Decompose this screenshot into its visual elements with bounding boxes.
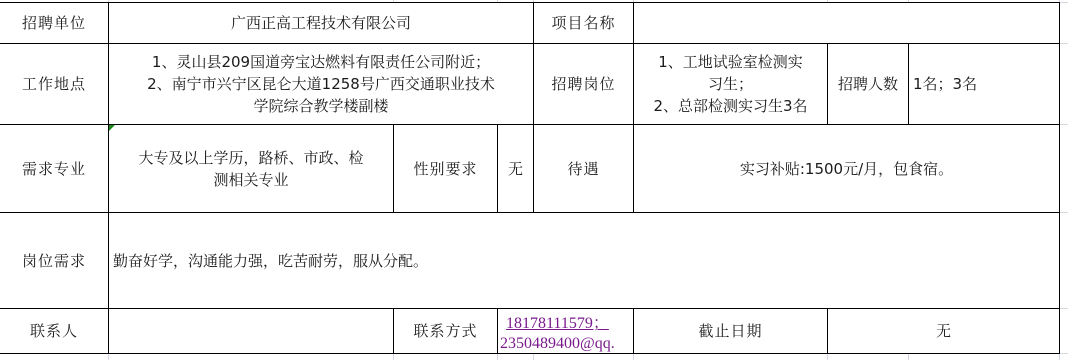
job-requirements-label[interactable]: 岗位需求 (0, 212, 109, 309)
deadline-label[interactable]: 截止日期 (633, 308, 828, 354)
work-location-line-3: 学院综合教学楼副楼 (253, 95, 388, 117)
benefits-label[interactable]: 待遇 (533, 124, 634, 213)
work-location-line-2: 2、南宁市兴宁区昆仑大道1258号广西交通职业技术 (147, 73, 495, 95)
recruiting-unit-label[interactable]: 招聘单位 (0, 2, 109, 44)
position-value[interactable]: 1、工地试验室检测实 习生； 2、总部检测实习生3名 (633, 43, 828, 125)
headcount-value[interactable]: 1名；3名 (908, 43, 1060, 125)
work-location-value[interactable]: 1、灵山县209国道旁宝达燃料有限责任公司附近； 2、南宁市兴宁区昆仑大道125… (108, 43, 534, 125)
job-requirements-value[interactable]: 勤奋好学，沟通能力强，吃苦耐劳，服从分配。 (108, 212, 1060, 309)
major-value[interactable]: 大专及以上学历，路桥、市政、检 测相关专业 (108, 124, 394, 213)
major-line-1: 大专及以上学历，路桥、市政、检 (138, 147, 363, 169)
position-line-1: 1、工地试验室检测实 (658, 51, 803, 73)
work-location-label[interactable]: 工作地点 (0, 43, 109, 125)
work-location-line-1: 1、灵山县209国道旁宝达燃料有限责任公司附近； (152, 51, 490, 73)
project-name-value[interactable] (633, 2, 1060, 44)
contact-person-value[interactable] (108, 308, 394, 354)
gender-label[interactable]: 性别要求 (393, 124, 498, 213)
benefits-value[interactable]: 实习补贴:1500元/月，包食宿。 (633, 124, 1060, 213)
major-line-2: 测相关专业 (213, 169, 288, 191)
project-name-label[interactable]: 项目名称 (533, 2, 634, 44)
comment-indicator-icon[interactable] (109, 125, 115, 131)
deadline-value[interactable]: 无 (827, 308, 1060, 354)
position-label[interactable]: 招聘岗位 (533, 43, 634, 125)
gender-value[interactable]: 无 (497, 124, 534, 213)
position-line-2: 习生； (708, 73, 753, 95)
contact-method-label[interactable]: 联系方式 (393, 308, 498, 354)
contact-email-link[interactable]: 2350489400@qq. (500, 333, 625, 353)
contact-person-label[interactable]: 联系人 (0, 308, 109, 354)
recruiting-unit-value[interactable]: 广西正高工程技术有限公司 (108, 2, 534, 44)
major-label[interactable]: 需求专业 (0, 124, 109, 213)
contact-phone-link[interactable]: 18178111579； (506, 313, 631, 333)
position-line-3: 2、总部检测实习生3名 (653, 95, 807, 117)
headcount-label[interactable]: 招聘人数 (827, 43, 909, 125)
contact-method-value[interactable]: 18178111579； 2350489400@qq. (497, 308, 634, 354)
